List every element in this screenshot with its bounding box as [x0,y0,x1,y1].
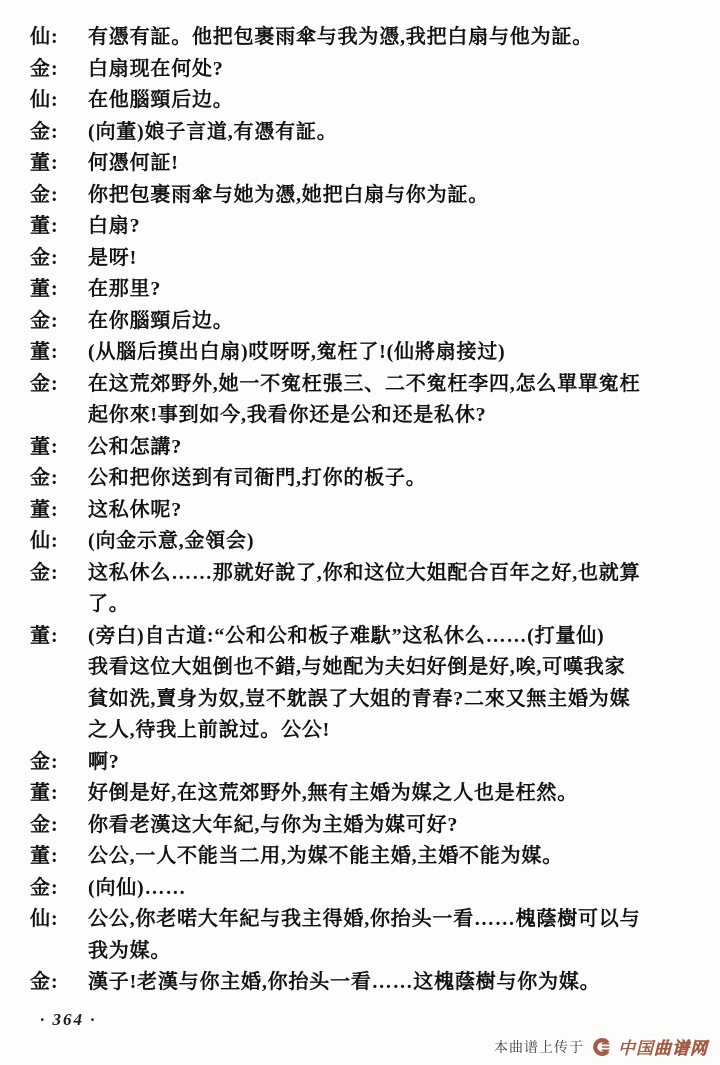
qupu-site-logo-icon [591,1037,611,1057]
dialogue-row: 仙:(向金示意,金領会) [30,526,706,558]
speaker-label: 金: [30,967,88,999]
site-name-rest: 曲谱网 [654,1039,708,1058]
dialogue-row: 董:(从腦后摸出白扇)哎呀呀,寃枉了!(仙將扇接过) [30,337,706,369]
dialogue-text: (向金示意,金領会) [88,526,706,558]
dialogue-row: 金:这私休么……那就好說了,你和这位大姐配合百年之好,也就算了。 [30,558,706,621]
dialogue-line: 我为媒。 [88,936,706,968]
dialogue-row: 金:公和把你送到有司衙門,打你的板子。 [30,463,706,495]
speaker-label: 金: [30,747,88,779]
dialogue-line: 了。 [88,589,706,621]
dialogue-text: 何憑何証! [88,148,706,180]
speaker-label: 金: [30,463,88,495]
speaker-label: 董: [30,778,88,810]
speaker-label: 金: [30,306,88,338]
dialogue-line: 好倒是好,在这荒郊野外,無有主婚为媒之人也是枉然。 [88,778,706,810]
dialogue-row: 董:何憑何証! [30,148,706,180]
dialogue-row: 董:白扇? [30,211,706,243]
dialogue-text: 这私休呢? [88,495,706,527]
dialogue-line: 在你腦頸后边。 [88,306,706,338]
dialogue-line: 在那里? [88,274,706,306]
dialogue-text: (旁白)自古道:“公和公和板子难馱”这私休么……(打量仙)我看这位大姐倒也不錯,… [88,621,706,747]
dialogue-text: 在这荒郊野外,她一不寃枉張三、二不寃枉李四,怎么單單寃枉起你來!事到如今,我看你… [88,369,706,432]
dialogue-line: 有憑有証。他把包裹雨傘与我为憑,我把白扇与他为証。 [88,22,706,54]
dialogue-text: 公和怎講? [88,432,706,464]
dialogue-row: 董:(旁白)自古道:“公和公和板子难馱”这私休么……(打量仙)我看这位大姐倒也不… [30,621,706,747]
speaker-label: 董: [30,432,88,464]
dialogue-line: 之人,待我上前說过。公公! [88,715,706,747]
dialogue-line: 这私休呢? [88,495,706,527]
dialogue-line: 何憑何証! [88,148,706,180]
speaker-label: 仙: [30,526,88,558]
dialogue-row: 金:(向董)娘子言道,有憑有証。 [30,117,706,149]
speaker-label: 仙: [30,22,88,54]
dialogue-line: 是呀! [88,243,706,275]
speaker-label: 董: [30,841,88,873]
speaker-label: 金: [30,369,88,401]
dialogue-line: 漢子!老漢与你主婚,你抬头一看……这槐蔭樹与你为媒。 [88,967,706,999]
dialogue-text: 白扇现在何处? [88,54,706,86]
dialogue-line: (旁白)自古道:“公和公和板子难馱”这私休么……(打量仙) [88,621,706,653]
dialogue-text: 啊? [88,747,706,779]
speaker-label: 董: [30,495,88,527]
speaker-label: 金: [30,810,88,842]
speaker-label: 仙: [30,904,88,936]
site-name: 中国曲谱网 [618,1034,708,1059]
watermark: 本曲谱上传于 中国曲谱网 [494,1034,708,1059]
dialogue-row: 仙:有憑有証。他把包裹雨傘与我为憑,我把白扇与他为証。 [30,22,706,54]
dialogue-row: 金:你看老漢这大年紀,与你为主婚为媒可好? [30,810,706,842]
dialogue-line: 起你來!事到如今,我看你还是公和还是私休? [88,400,706,432]
dialogue-text: 公公,一人不能当二用,为媒不能主婚,主婚不能为媒。 [88,841,706,873]
dialogue-line: 这私休么……那就好說了,你和这位大姐配合百年之好,也就算 [88,558,706,590]
dialogue-text: 在那里? [88,274,706,306]
dialogue-text: 在他腦頸后边。 [88,85,706,117]
dialogue-row: 董:好倒是好,在这荒郊野外,無有主婚为媒之人也是枉然。 [30,778,706,810]
dialogue-text: (向仙)…… [88,873,706,905]
speaker-label: 金: [30,243,88,275]
dialogue-row: 董:公公,一人不能当二用,为媒不能主婚,主婚不能为媒。 [30,841,706,873]
dialogue-line: 在他腦頸后边。 [88,85,706,117]
dialogue-line: 在这荒郊野外,她一不寃枉張三、二不寃枉李四,怎么單單寃枉 [88,369,706,401]
dialogue-text: 是呀! [88,243,706,275]
dialogue-line: 你把包裹雨傘与她为憑,她把白扇与你为証。 [88,180,706,212]
dialogue-row: 董:在那里? [30,274,706,306]
dialogue-row: 金:啊? [30,747,706,779]
dialogue-line: 公和怎講? [88,432,706,464]
site-name-cn: 中国 [618,1039,654,1058]
dialogue-line: 公公,一人不能当二用,为媒不能主婚,主婚不能为媒。 [88,841,706,873]
dialogue-text: 这私休么……那就好說了,你和这位大姐配合百年之好,也就算了。 [88,558,706,621]
dialogue-line: (向董)娘子言道,有憑有証。 [88,117,706,149]
dialogue-text: (向董)娘子言道,有憑有証。 [88,117,706,149]
page-number: · 364 · [40,1010,97,1030]
dialogue-line: (向仙)…… [88,873,706,905]
dialogue-row: 董:公和怎講? [30,432,706,464]
dialogue-row: 金:白扇现在何处? [30,54,706,86]
dialogue-text: 漢子!老漢与你主婚,你抬头一看……这槐蔭樹与你为媒。 [88,967,706,999]
dialogue-row: 仙:在他腦頸后边。 [30,85,706,117]
dialogue-row: 金:漢子!老漢与你主婚,你抬头一看……这槐蔭樹与你为媒。 [30,967,706,999]
speaker-label: 仙: [30,85,88,117]
dialogue-line: (从腦后摸出白扇)哎呀呀,寃枉了!(仙將扇接过) [88,337,706,369]
dialogue-row: 董:这私休呢? [30,495,706,527]
dialogue-text: 好倒是好,在这荒郊野外,無有主婚为媒之人也是枉然。 [88,778,706,810]
dialogue-row: 金:在你腦頸后边。 [30,306,706,338]
script-page: 仙:有憑有証。他把包裹雨傘与我为憑,我把白扇与他为証。金:白扇现在何处?仙:在他… [0,0,720,1065]
speaker-label: 金: [30,558,88,590]
dialogue-line: 公和把你送到有司衙門,打你的板子。 [88,463,706,495]
dialogue-line: 白扇现在何处? [88,54,706,86]
dialogue-row: 金:是呀! [30,243,706,275]
dialogue-line: 貧如洗,賣身为奴,豈不躭誤了大姐的青春?二來又無主婚为媒 [88,684,706,716]
dialogue-row: 金:你把包裹雨傘与她为憑,她把白扇与你为証。 [30,180,706,212]
dialogue-line: 公公,你老喏大年紀与我主得婚,你抬头一看……槐蔭樹可以与 [88,904,706,936]
speaker-label: 金: [30,873,88,905]
dialogue-text: 公公,你老喏大年紀与我主得婚,你抬头一看……槐蔭樹可以与我为媒。 [88,904,706,967]
speaker-label: 董: [30,337,88,369]
dialogue-text: 你把包裹雨傘与她为憑,她把白扇与你为証。 [88,180,706,212]
speaker-label: 董: [30,211,88,243]
dialogue-list: 仙:有憑有証。他把包裹雨傘与我为憑,我把白扇与他为証。金:白扇现在何处?仙:在他… [30,22,706,999]
dialogue-row: 金:在这荒郊野外,她一不寃枉張三、二不寃枉李四,怎么單單寃枉起你來!事到如今,我… [30,369,706,432]
dialogue-text: 有憑有証。他把包裹雨傘与我为憑,我把白扇与他为証。 [88,22,706,54]
dialogue-text: 白扇? [88,211,706,243]
speaker-label: 董: [30,621,88,653]
dialogue-line: 我看这位大姐倒也不錯,与她配为夫妇好倒是好,唉,可嘆我家 [88,652,706,684]
dialogue-text: 公和把你送到有司衙門,打你的板子。 [88,463,706,495]
dialogue-text: 在你腦頸后边。 [88,306,706,338]
speaker-label: 金: [30,54,88,86]
dialogue-line: 白扇? [88,211,706,243]
watermark-text: 本曲谱上传于 [494,1037,584,1057]
dialogue-row: 金:(向仙)…… [30,873,706,905]
dialogue-text: 你看老漢这大年紀,与你为主婚为媒可好? [88,810,706,842]
speaker-label: 董: [30,274,88,306]
speaker-label: 金: [30,180,88,212]
speaker-label: 董: [30,148,88,180]
dialogue-line: 啊? [88,747,706,779]
dialogue-text: (从腦后摸出白扇)哎呀呀,寃枉了!(仙將扇接过) [88,337,706,369]
dialogue-line: (向金示意,金領会) [88,526,706,558]
dialogue-line: 你看老漢这大年紀,与你为主婚为媒可好? [88,810,706,842]
dialogue-row: 仙:公公,你老喏大年紀与我主得婚,你抬头一看……槐蔭樹可以与我为媒。 [30,904,706,967]
speaker-label: 金: [30,117,88,149]
